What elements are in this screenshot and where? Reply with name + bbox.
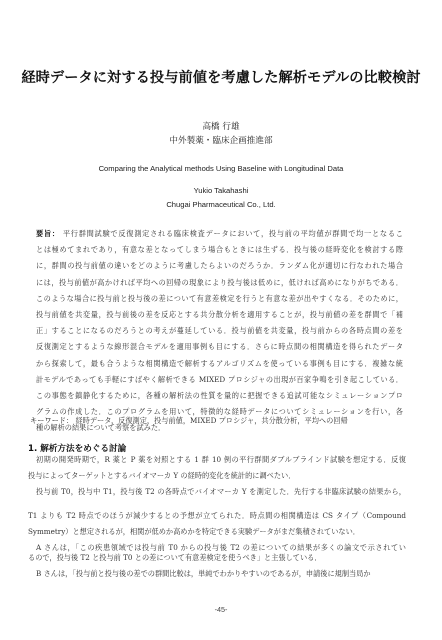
body-paragraph: 初期の開発時期で，R 薬と P 薬を対照とする 1 群 10 例の平行群間ダブル…: [28, 452, 406, 501]
affiliation-ja: 中外製薬・臨床企画推進部: [0, 134, 442, 146]
body-line: Symmetry）と想定されるが，相関が低めか高めかを特定できる実験データがまだ…: [28, 524, 406, 540]
keywords: キーワード： 経時データ，反復測定，投与前値，MIXED プロシジャ，共分散分析…: [30, 416, 348, 426]
abstract-line: 反復測定とするような線形混合モデルを適用事例も目にする．さらに時点間の相関構造を…: [36, 339, 403, 355]
keywords-label: キーワード：: [30, 416, 73, 425]
body-paragraph: るので，投与後 T2 と投与前 T0 との差について有意差検定を使うべき」と主張…: [28, 550, 406, 582]
abstract: 要旨： 平行群間試験で反復測定される臨床検査データにおいて，投与前の平均値が群間…: [36, 226, 403, 437]
abstract-line: 要旨： 平行群間試験で反復測定される臨床検査データにおいて，投与前の平均値が群間…: [36, 226, 403, 242]
paper-title-en: Comparing the Analytical methods Using B…: [0, 164, 442, 173]
page-number: -45-: [0, 605, 442, 614]
abstract-line: 計モデルであっても手軽にすばやく解析できる MIXED プロシジャの出現が百家争…: [36, 372, 403, 388]
abstract-label: 要旨：: [36, 229, 60, 238]
body-line: るので，投与後 T2 と投与前 T0 との差について有意差検定を使うべき」と主張…: [28, 550, 406, 566]
body-line: 投与前 T0，投与中 T1，投与後 T2 の各時点でバイオマーカ Y を測定した…: [28, 484, 406, 500]
abstract-line: には，投与前値が高かければ平均への回帰の現象により投与後は低めに，低ければ高めに…: [36, 275, 403, 291]
paper-title-ja: 経時データに対する投与前値を考慮した解析モデルの比較検討: [0, 67, 442, 87]
body-line: 投与によってターゲットとするバイオマーカ Y の経時的変化を統計的に調べたい．: [28, 468, 406, 484]
abstract-line: から探索して，最も合うような相関構造で解析するアルゴリズムを使っている事例も目に…: [36, 356, 403, 372]
abstract-line: このような場合に投与前と投与後の差について有意差検定を行うと有意な差が出やすくな…: [36, 291, 403, 307]
body-line: T1 よりも T2 時点でのほうが減少するとの予想が立てられた．時点間の相関構造…: [28, 508, 406, 524]
body-line: 初期の開発時期で，R 薬と P 薬を対照とする 1 群 10 例の平行群間ダブル…: [28, 452, 406, 468]
abstract-line: 正」することになるのだろうとの考えが蔓延している．投与前値を共変量，投与前からの…: [36, 323, 403, 339]
abstract-line: に，群間の投与前値の違いをどのように考慮したらよいのだろうか．ランダム化が適切に…: [36, 258, 403, 274]
author-name-en: Yukio Takahashi: [0, 186, 442, 195]
affiliation-en: Chugai Pharmaceutical Co., Ltd.: [0, 200, 442, 209]
author-name-ja: 高橋 行雄: [0, 120, 442, 132]
body-line: B さんは，「投与前と投与後の差での群間比較は，単純でわかりやすいのであるが，申…: [28, 566, 406, 582]
keywords-text: 経時データ，反復測定，投与前値，MIXED プロシジャ，共分散分析，平均への回帰: [75, 416, 347, 425]
abstract-line: この事態を鎮静化するために，各種の解析法の性質を量的に把握できる追試可能なシミュ…: [36, 388, 403, 404]
abstract-line: とは極めてまれであり，有意な差となってしまう場合もときには生ずる．投与後の経時変…: [36, 242, 403, 258]
abstract-line: 投与前値を共変量，投与前後の差を反応とする共分散分析を適用することが，投与前値の…: [36, 307, 403, 323]
